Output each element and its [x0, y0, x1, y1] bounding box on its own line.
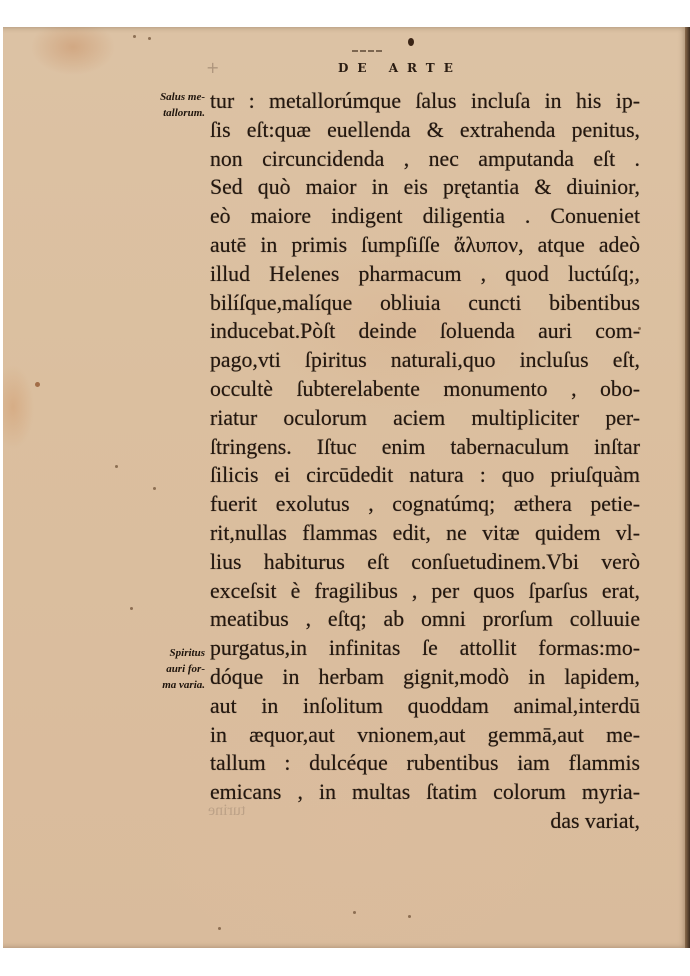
foxing-speck	[353, 911, 356, 914]
text-line: rit,nullas flammas edit, ne vitæ quidem …	[210, 519, 640, 548]
book-page: + DE ARTE Salus me- tallorum. Spiritus a…	[3, 27, 690, 948]
text-line: tallum : dulcéque rubentibus iam flammis	[210, 749, 640, 778]
text-line: pago,vti ſpiritus naturali,quo incluſus …	[210, 346, 640, 375]
text-line: illud Helenes pharmacum , quod luctúſq;,	[210, 260, 640, 289]
foxing-speck	[408, 915, 411, 918]
text-line: meatibus , eſtq; ab omni prorſum colluui…	[210, 605, 640, 634]
text-line: fuerit exolutus , cognatúmq; æthera peti…	[210, 490, 640, 519]
margin-note-line: ma varia.	[133, 677, 205, 693]
text-line: bilíſque,malíque obliuia cuncti bibentib…	[210, 289, 640, 318]
foxing-speck	[35, 382, 40, 387]
foxing-speck	[133, 35, 136, 38]
text-line: autē in primis ſumpſiſſe ἄλυπον, atque a…	[210, 231, 640, 260]
foxing-speck	[130, 607, 133, 610]
margin-note-spiritus-auri: Spiritus auri for- ma varia.	[133, 645, 205, 693]
text-line-last: das variat,	[210, 807, 640, 836]
text-line: aut in inſolitum quoddam animal,interdū	[210, 692, 640, 721]
text-line: dóque in herbam gignit,modò in lapidem,	[210, 663, 640, 692]
text-line: lius habiturus eſt conſuetudinem.Vbi ver…	[210, 548, 640, 577]
margin-note-salus-metallorum: Salus me- tallorum.	[133, 89, 205, 121]
text-line: emicans , in multas ſtatim colorum myria…	[210, 778, 640, 807]
header-mark	[352, 50, 382, 54]
text-line: exceſsit è fragilibus , per quos ſparſus…	[210, 577, 640, 606]
foxing-speck	[218, 927, 221, 930]
ink-blot	[408, 38, 414, 46]
text-line: tur : metallorúmque ſalus incluſa in his…	[210, 87, 640, 116]
text-line: in æquor,aut vnionem,aut gemmā,aut me-	[210, 721, 640, 750]
margin-note-line: tallorum.	[133, 105, 205, 121]
text-line: occultè ſubterelabente monumento , obo-	[210, 375, 640, 404]
running-head: DE ARTE	[338, 61, 462, 75]
text-line: ſis eſt:quæ euellenda & extrahenda penit…	[210, 116, 640, 145]
margin-note-line: auri for-	[133, 661, 205, 677]
margin-note-line: Spiritus	[133, 645, 205, 661]
faint-cross-mark: +	[206, 58, 219, 77]
foxing-speck	[153, 487, 156, 490]
text-line: ſilicis ei circūdedit natura : quo priuſ…	[210, 461, 640, 490]
text-line: ſtringens. Iſtuc enim tabernaculum inſta…	[210, 433, 640, 462]
text-line: purgatus,in infinitas ſe attollit formas…	[210, 634, 640, 663]
margin-note-line: Salus me-	[133, 89, 205, 105]
text-line: eò maiore indigent diligentia . Conuenie…	[210, 202, 640, 231]
foxing-speck	[148, 37, 151, 40]
text-line: non circuncidenda , nec amputanda eſt .	[210, 145, 640, 174]
foxing-speck	[115, 465, 118, 468]
text-line: riatur oculorum aciem multipliciter per-	[210, 404, 640, 433]
text-line: inducebat.Pòſt deinde ſoluenda auri com-	[210, 317, 640, 346]
bleed-through-text: turine	[208, 802, 245, 820]
page-edge-shadow	[685, 27, 690, 948]
text-line: Sed quò maior in eis prętantia & diuinio…	[210, 173, 640, 202]
body-text: tur : metallorúmque ſalus incluſa in his…	[210, 87, 640, 836]
